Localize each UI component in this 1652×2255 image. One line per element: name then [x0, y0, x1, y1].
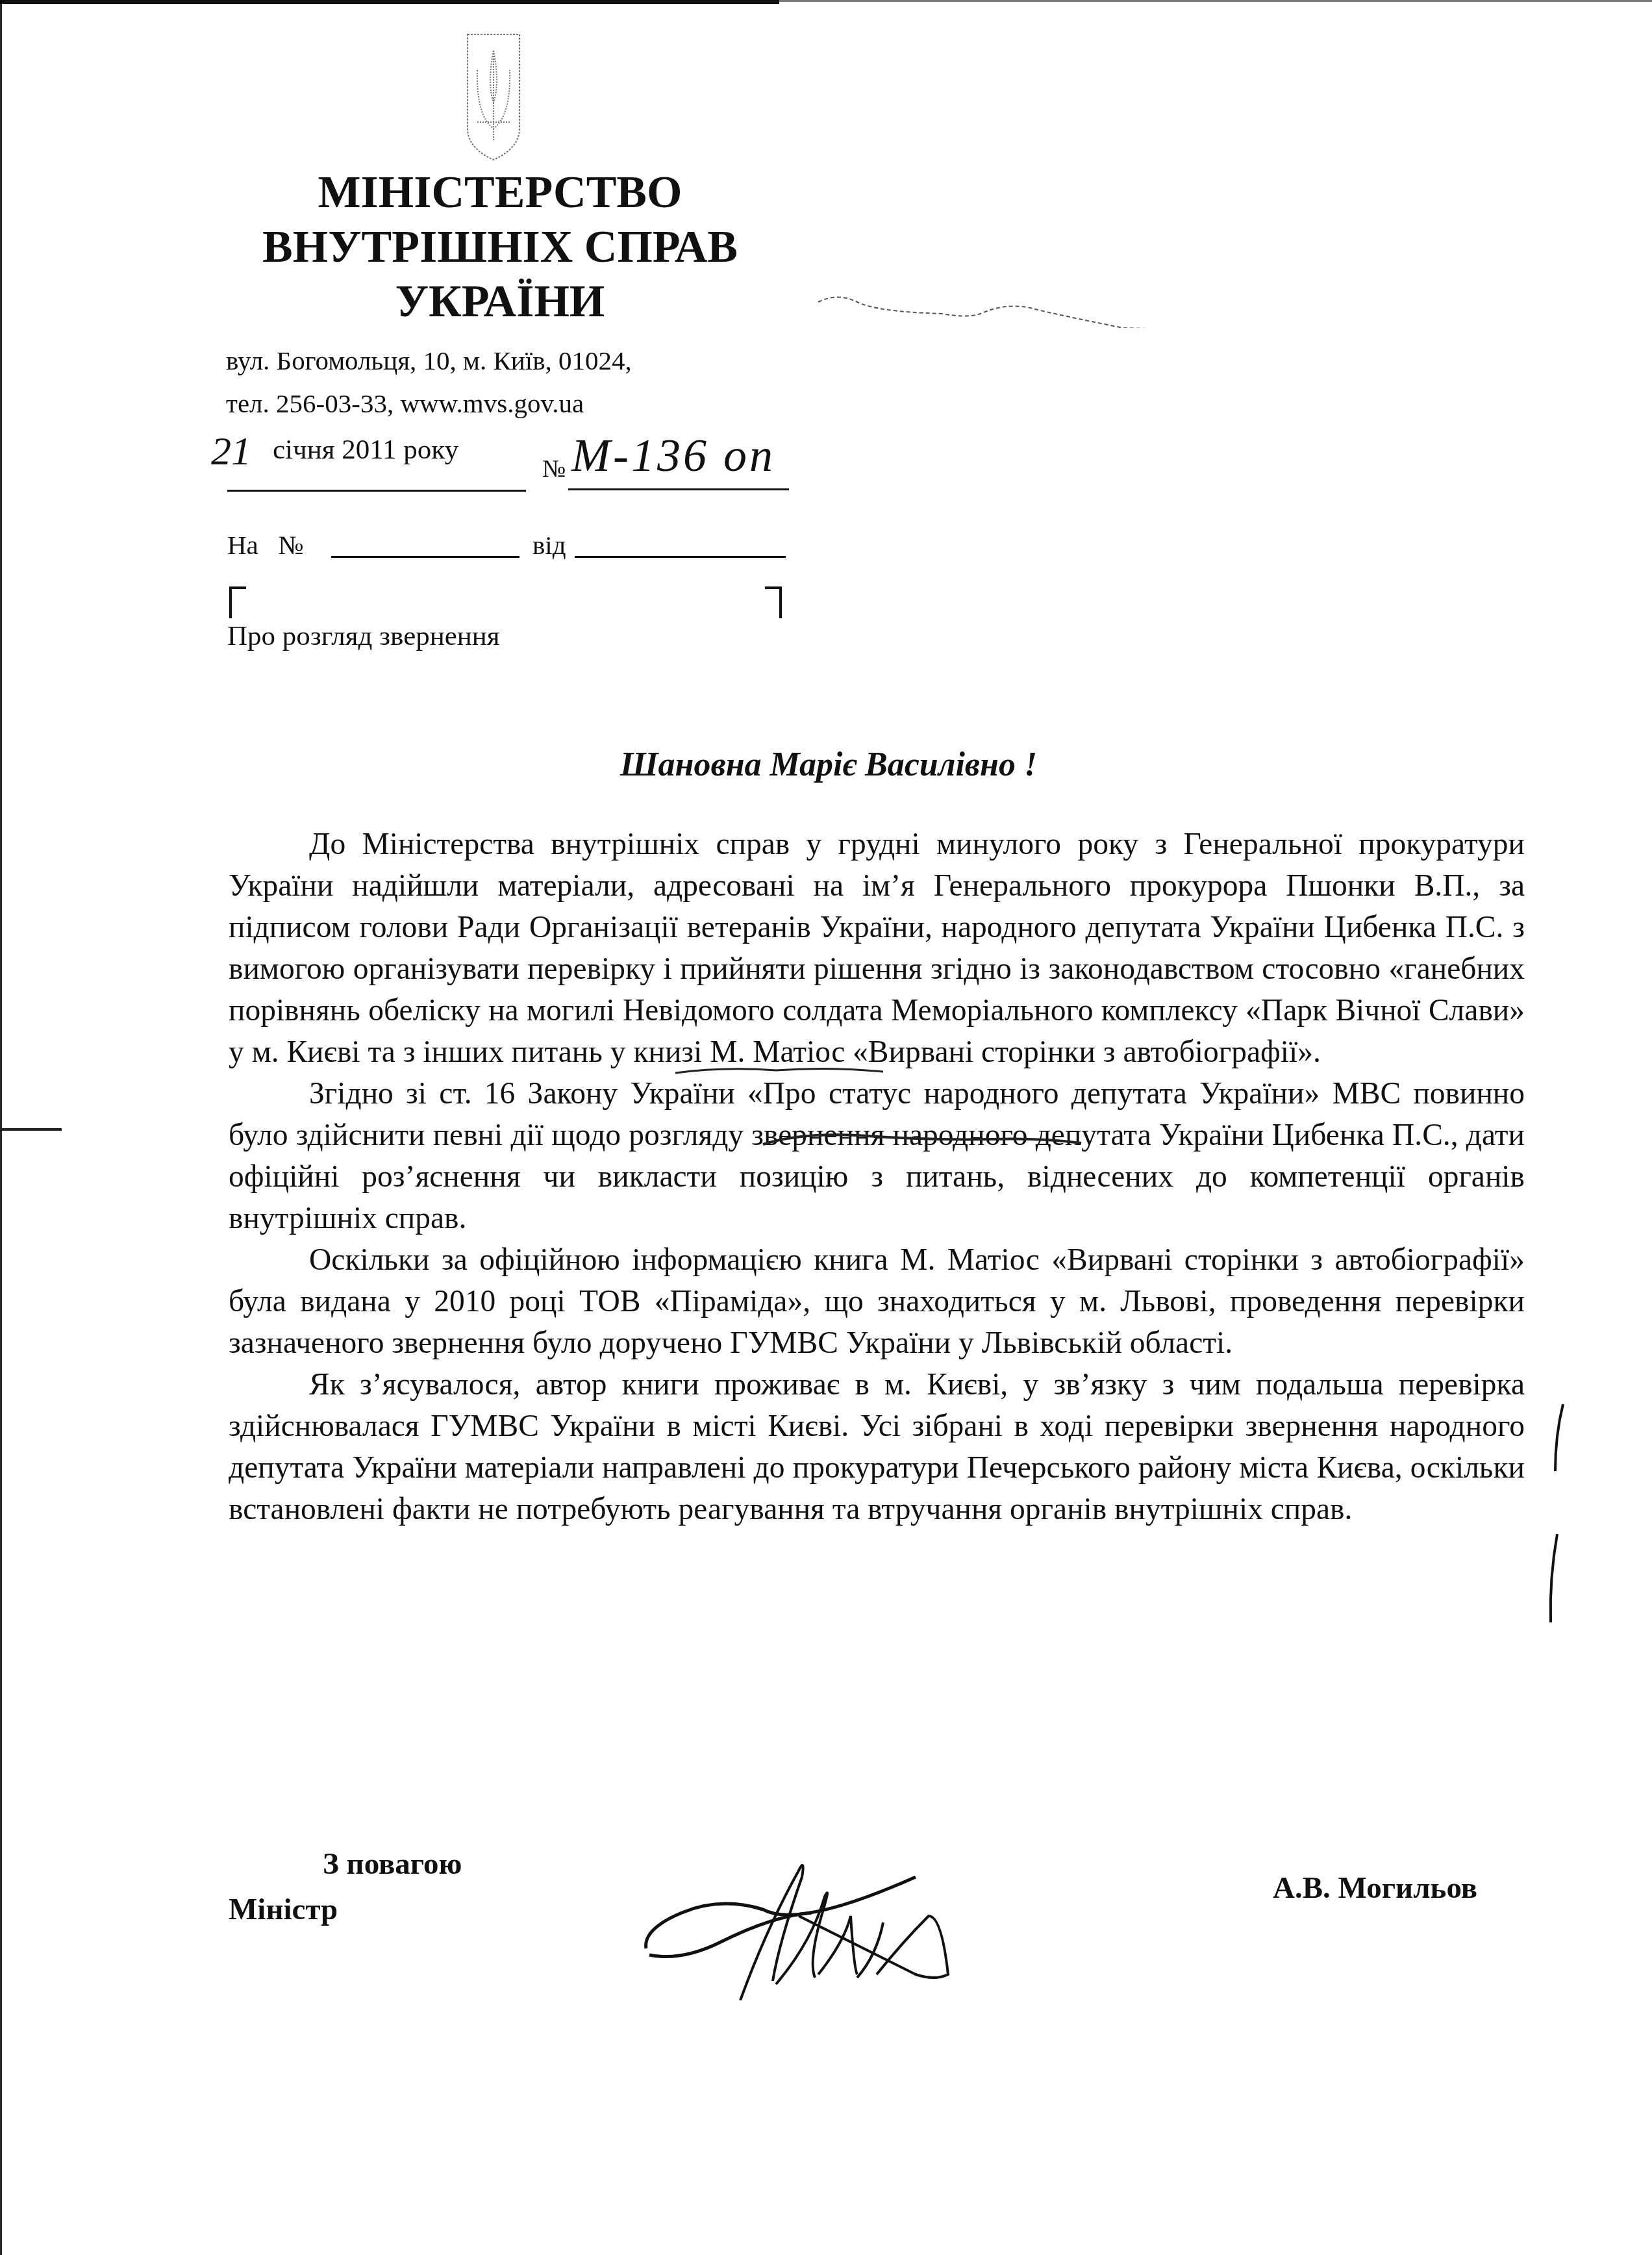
- body-paragraph-1: До Міністерства внутрішніх справ у грудн…: [229, 824, 1525, 1073]
- number-label: №: [542, 455, 566, 483]
- scan-border-top-faint: [779, 0, 1652, 2]
- number-underline: [568, 488, 789, 490]
- date-printed: січня 2011 року: [273, 434, 458, 466]
- ministry-title-line-1: МІНІСТЕРСТВО: [234, 166, 766, 220]
- reply-reference: На №: [227, 529, 304, 561]
- ministry-title-line-3: УКРАЇНИ: [234, 275, 766, 329]
- reply-date-field: [575, 556, 786, 558]
- margin-bar-icon: [1546, 1533, 1565, 1624]
- ministry-title: МІНІСТЕРСТВО ВНУТРІШНІХ СПРАВ УКРАЇНИ: [234, 166, 766, 329]
- reply-from-label: від: [532, 529, 566, 561]
- body-paragraph-4: Як з’ясувалося, автор книги проживає в м…: [229, 1364, 1525, 1530]
- reply-number-label: №: [279, 530, 304, 560]
- ministry-title-line-2: ВНУТРІШНІХ СПРАВ: [234, 220, 766, 275]
- body-paragraph-2: Згідно зі ст. 16 Закону України «Про ста…: [229, 1073, 1525, 1239]
- outgoing-date: 21 січня 2011 року: [211, 422, 516, 494]
- signer-position: Міністр: [229, 1893, 338, 1926]
- reply-number-field: [331, 556, 519, 558]
- salutation: Шановна Маріє Василівно !: [620, 746, 1037, 784]
- ministry-address: вул. Богомольця, 10, м. Київ, 01024, тел…: [226, 339, 632, 425]
- address-line-1: вул. Богомольця, 10, м. Київ, 01024,: [226, 339, 632, 382]
- scan-border-top: [0, 0, 779, 4]
- signer-name: А.В. Могильов: [1273, 1871, 1477, 1906]
- subject-line: Про розгляд звернення: [227, 620, 500, 652]
- scan-border-left: [0, 0, 2, 2255]
- date-day-handwritten: 21: [211, 429, 251, 475]
- handwritten-underline-icon: [760, 1130, 1084, 1150]
- fold-mark: [0, 1128, 62, 1131]
- margin-bar-icon: [1549, 1403, 1568, 1474]
- address-line-2: тел. 256-03-33, www.mvs.gov.ua: [226, 382, 632, 425]
- scan-noise-line: [812, 289, 1649, 328]
- trident-emblem-icon: [464, 31, 523, 161]
- reply-label: На: [227, 530, 258, 560]
- closing-block: З повагою Міністр: [229, 1841, 462, 1932]
- body-paragraph-3: Оскільки за офіційною інформацією книга …: [229, 1239, 1525, 1364]
- date-underline: [227, 490, 526, 492]
- handwritten-overline-icon: [672, 1064, 886, 1077]
- outgoing-number-handwritten: М-136 оп: [571, 429, 775, 483]
- regards: З повагою: [229, 1841, 462, 1887]
- subject-bracket-left: [229, 586, 246, 618]
- letter-body: До Міністерства внутрішніх справ у грудн…: [229, 824, 1525, 1530]
- handwritten-signature-icon: [643, 1851, 994, 2000]
- subject-bracket-right: [765, 586, 782, 618]
